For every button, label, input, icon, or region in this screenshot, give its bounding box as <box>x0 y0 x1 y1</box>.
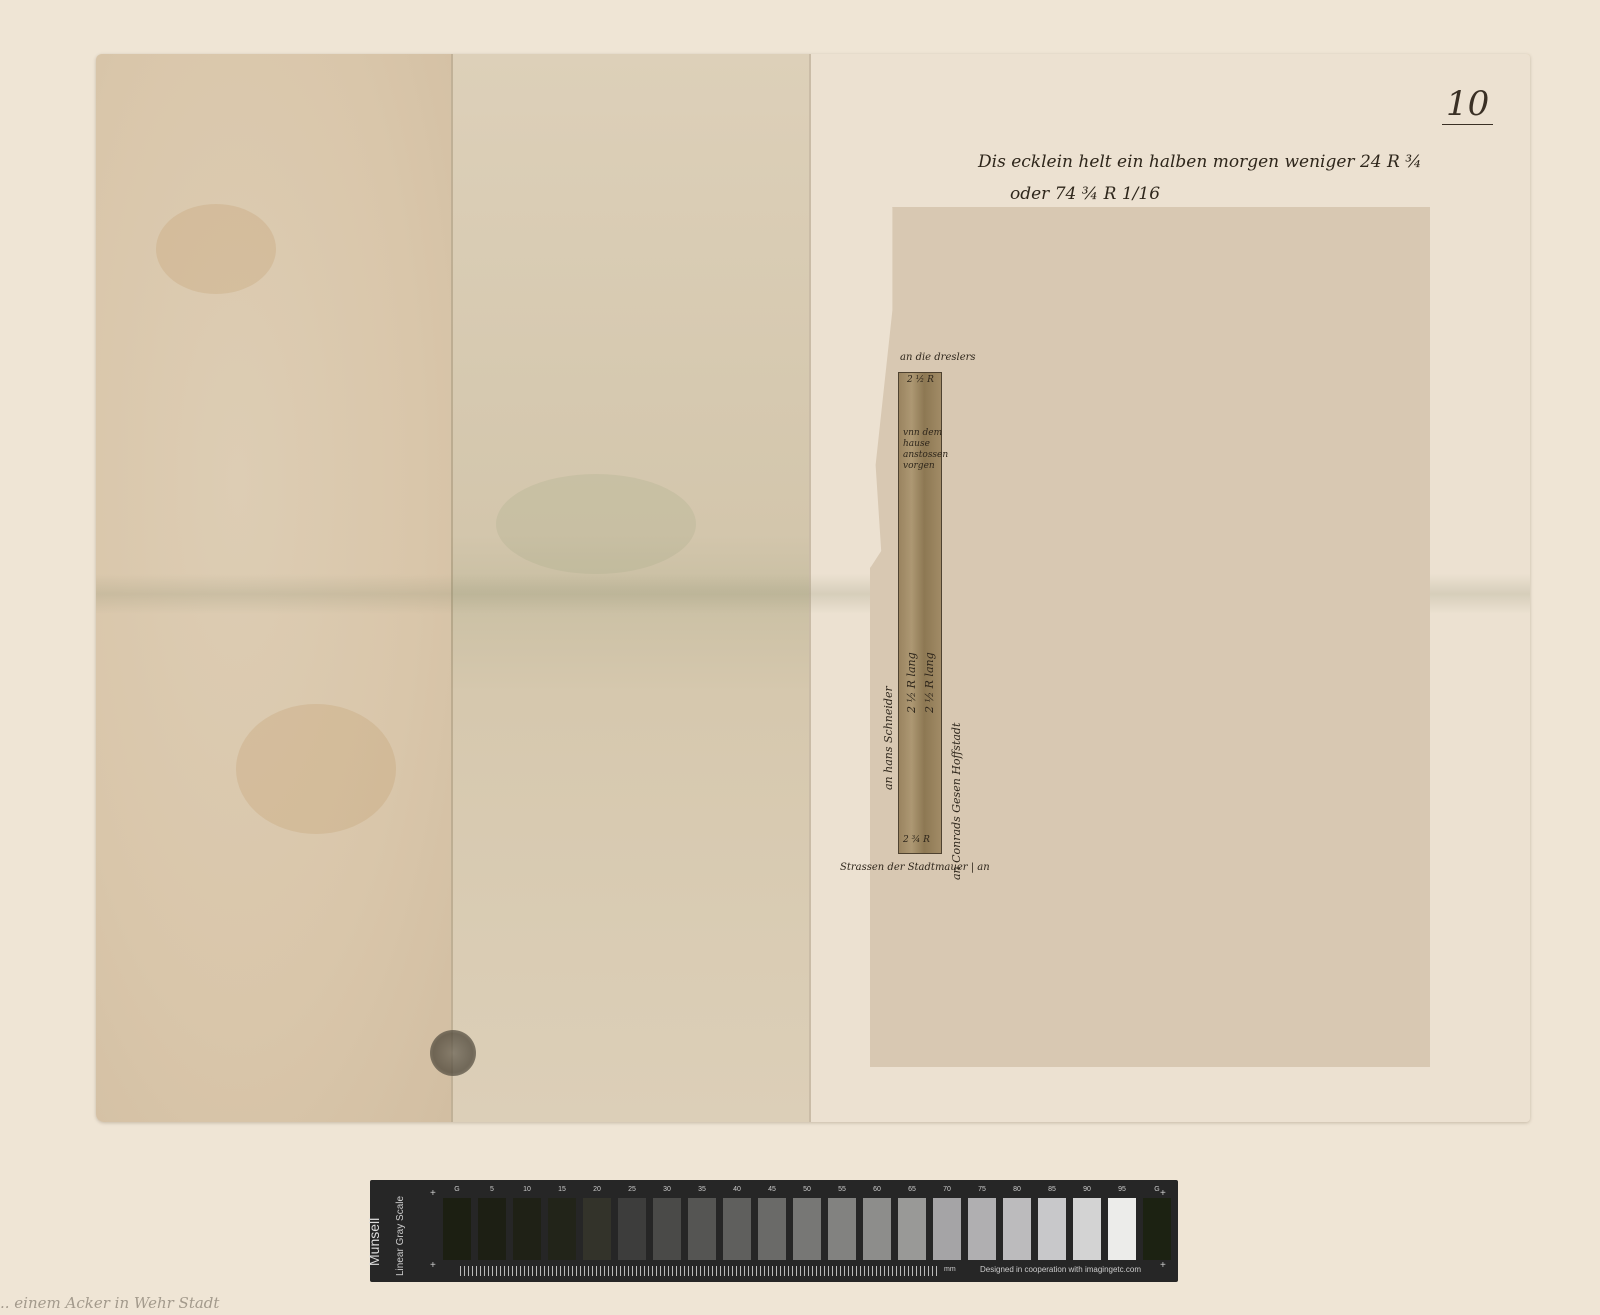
patch-swatch <box>1073 1198 1101 1260</box>
patch-swatch <box>793 1198 821 1260</box>
patch-label: 50 <box>803 1186 811 1198</box>
card-title: Linear Gray Scale <box>395 1196 406 1276</box>
patch-label: 5 <box>490 1186 494 1198</box>
patch-label: 40 <box>733 1186 741 1198</box>
gray-patch: 45 <box>758 1186 786 1260</box>
gray-patch: 90 <box>1073 1186 1101 1260</box>
gray-patch: 10 <box>513 1186 541 1260</box>
foxing-stain <box>156 204 276 294</box>
patch-label: G <box>454 1186 459 1198</box>
patch-label: 65 <box>908 1186 916 1198</box>
annotation-line-2: oder 74 ¾ R 1/16 <box>1010 184 1160 204</box>
munsell-gray-scale-card: Munsell Linear Gray Scale + + + + G51015… <box>370 1180 1178 1282</box>
registration-mark: + <box>430 1188 436 1199</box>
library-stamp-icon <box>430 1030 476 1076</box>
gray-patches: G5101520253035404550556065707580859095G <box>443 1186 1171 1260</box>
mm-ruler <box>460 1266 940 1276</box>
gray-patch: G <box>443 1186 471 1260</box>
gray-patch: 95 <box>1108 1186 1136 1260</box>
gray-patch: 80 <box>1003 1186 1031 1260</box>
patch-label: 75 <box>978 1186 986 1198</box>
patch-label: 90 <box>1083 1186 1091 1198</box>
gray-patch: 40 <box>723 1186 751 1260</box>
strip-middle-text: vnn dem hause anstossen vorgen <box>903 428 948 472</box>
strip-top-measure: 2 ½ R <box>907 375 934 385</box>
overlay-paper <box>870 207 1430 1067</box>
gray-patch: 15 <box>548 1186 576 1260</box>
gray-patch: G <box>1143 1186 1171 1260</box>
registration-mark: + <box>1160 1260 1166 1271</box>
gray-patch: 30 <box>653 1186 681 1260</box>
gray-patch: 60 <box>863 1186 891 1260</box>
patch-label: 55 <box>838 1186 846 1198</box>
patch-label: 30 <box>663 1186 671 1198</box>
strip-bottom-label: Strassen der Stadtmauer | an <box>840 862 990 873</box>
gray-patch: 50 <box>793 1186 821 1260</box>
strip-right-measure: 2 ½ R lang <box>923 652 936 713</box>
patch-label: 10 <box>523 1186 531 1198</box>
gray-patch: 85 <box>1038 1186 1066 1260</box>
gray-patch: 5 <box>478 1186 506 1260</box>
foxing-stain <box>236 704 396 834</box>
patch-swatch <box>863 1198 891 1260</box>
ruler-unit: mm <box>944 1266 956 1273</box>
plot-strip: 2 ½ R vnn dem hause anstossen vorgen 2 ½… <box>898 372 942 854</box>
registration-mark: + <box>430 1260 436 1271</box>
patch-swatch <box>968 1198 996 1260</box>
patch-swatch <box>1143 1198 1171 1260</box>
card-credit: Designed in cooperation with imagingetc.… <box>980 1265 1141 1274</box>
patch-swatch <box>688 1198 716 1260</box>
patch-label: 80 <box>1013 1186 1021 1198</box>
folio-number: 10 <box>1442 84 1493 125</box>
patch-label: 25 <box>628 1186 636 1198</box>
patch-swatch <box>1038 1198 1066 1260</box>
annotation-line-1: Dis ecklein helt ein halben morgen wenig… <box>978 152 1422 172</box>
patch-swatch <box>548 1198 576 1260</box>
patch-swatch <box>898 1198 926 1260</box>
patch-swatch <box>583 1198 611 1260</box>
patch-swatch <box>618 1198 646 1260</box>
patch-swatch <box>513 1198 541 1260</box>
patch-label: 15 <box>558 1186 566 1198</box>
patch-label: 70 <box>943 1186 951 1198</box>
patch-swatch <box>1003 1198 1031 1260</box>
gray-patch: 70 <box>933 1186 961 1260</box>
water-stain <box>496 474 696 574</box>
strip-left-measure: 2 ½ R lang <box>905 652 918 713</box>
strip-bottom-measure: 2 ¾ R <box>903 835 930 845</box>
patch-swatch <box>478 1198 506 1260</box>
strip-left-vertical: an hans Schneider <box>882 686 895 790</box>
patch-label: 35 <box>698 1186 706 1198</box>
pencil-caption: .. einem Acker in Wehr Stadt <box>0 1294 219 1312</box>
gray-patch: 25 <box>618 1186 646 1260</box>
gray-patch: 35 <box>688 1186 716 1260</box>
patch-label: 95 <box>1118 1186 1126 1198</box>
patch-swatch <box>723 1198 751 1260</box>
gray-patch: 20 <box>583 1186 611 1260</box>
patch-label: 20 <box>593 1186 601 1198</box>
patch-swatch <box>443 1198 471 1260</box>
gray-patch: 55 <box>828 1186 856 1260</box>
strip-right-vertical: an Conrads Gesen Hoffstadt <box>950 723 963 880</box>
strip-top-label: an die dreslers <box>900 352 976 363</box>
patch-swatch <box>828 1198 856 1260</box>
patch-swatch <box>653 1198 681 1260</box>
patch-label: 60 <box>873 1186 881 1198</box>
gray-patch: 65 <box>898 1186 926 1260</box>
gray-patch: 75 <box>968 1186 996 1260</box>
patch-label: 85 <box>1048 1186 1056 1198</box>
patch-label: 45 <box>768 1186 776 1198</box>
patch-swatch <box>933 1198 961 1260</box>
patch-swatch <box>1108 1198 1136 1260</box>
patch-swatch <box>758 1198 786 1260</box>
patch-label: G <box>1154 1186 1159 1198</box>
